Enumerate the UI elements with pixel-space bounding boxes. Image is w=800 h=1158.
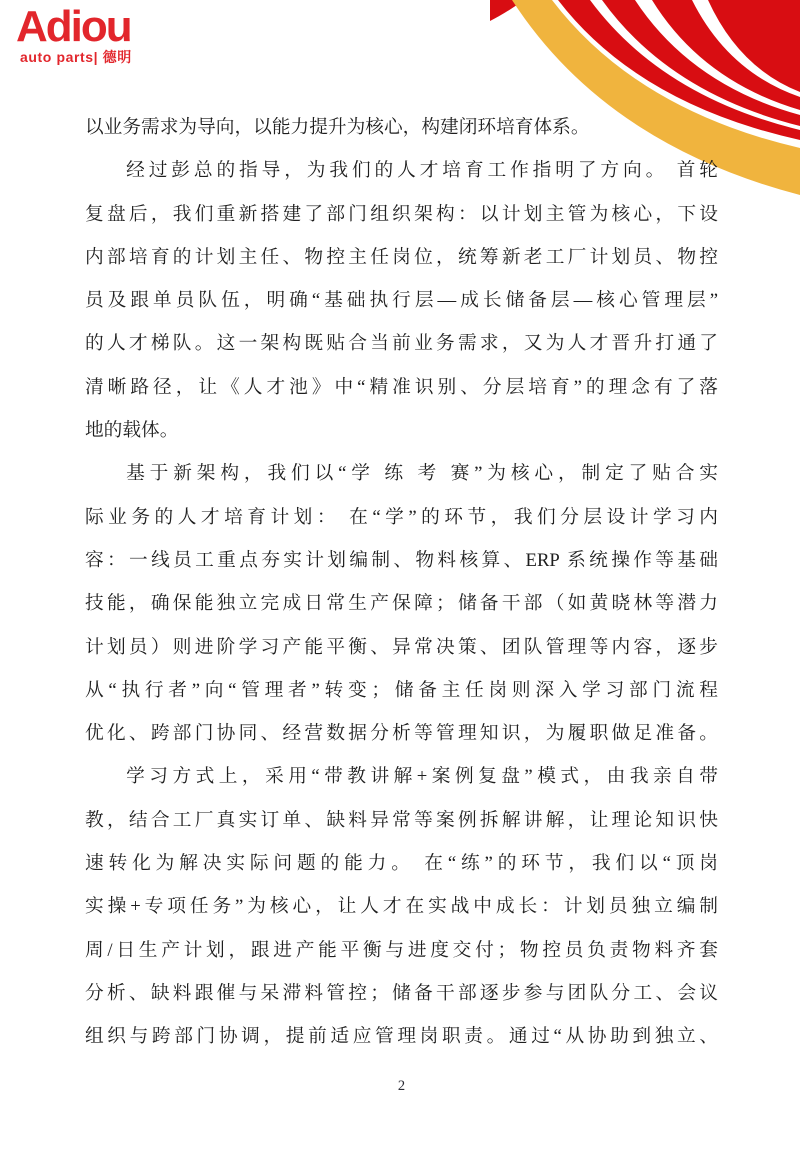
text-line: 内部培育的计划主任、物控主任岗位，统筹新老工厂计划员、物控 [85, 236, 718, 279]
company-logo: Adiou auto parts| 德明 [16, 5, 132, 65]
text-line: 经过彭总的指导，为我们的人才培育工作指明了方向。 首轮 [85, 149, 718, 192]
text-line: 计划员）则进阶学习产能平衡、异常决策、团队管理等内容，逐步 [85, 626, 718, 669]
text-line: 容：一线员工重点夯实计划编制、物料核算、ERP 系统操作等基础 [85, 539, 718, 582]
text-line: 从“执行者”向“管理者”转变；储备主任岗则深入学习部门流程 [85, 669, 718, 712]
text-line: 教，结合工厂真实订单、缺料异常等案例拆解讲解，让理论知识快 [85, 799, 718, 842]
text-line: 复盘后，我们重新搭建了部门组织架构：以计划主管为核心，下设 [85, 193, 718, 236]
text-line: 实操+专项任务”为核心，让人才在实战中成长：计划员独立编制 [85, 885, 718, 928]
text-line: 学习方式上，采用“带教讲解+案例复盘”模式，由我亲自带 [85, 755, 718, 798]
document-page: Adiou auto parts| 德明 以业务需求为导向，以能力提升为核心，构… [0, 0, 800, 1158]
text-line: 分析、缺料跟催与呆滞料管控；储备干部逐步参与团队分工、会议 [85, 972, 718, 1015]
text-line: 周/日生产计划，跟进产能平衡与进度交付；物控员负责物料齐套 [85, 929, 718, 972]
text-line: 技能，确保能独立完成日常生产保障；储备干部（如黄晓林等潜力 [85, 582, 718, 625]
text-line: 清晰路径，让《人才池》中“精准识别、分层培育”的理念有了落 [85, 366, 718, 409]
text-line: 优化、跨部门协同、经营数据分析等管理知识，为履职做足准备。 [85, 712, 718, 755]
document-body: 以业务需求为导向，以能力提升为核心，构建闭环培育体系。经过彭总的指导，为我们的人… [85, 106, 718, 1059]
text-line: 基于新架构，我们以“学 练 考 赛”为核心，制定了贴合实 [85, 452, 718, 495]
logo-brand-text: Adiou [16, 5, 132, 49]
text-line: 以业务需求为导向，以能力提升为核心，构建闭环培育体系。 [85, 106, 718, 149]
text-line: 员及跟单员队伍，明确“基础执行层—成长储备层—核心管理层” [85, 279, 718, 322]
page-number: 2 [85, 1078, 718, 1095]
logo-tagline-text: auto parts| 德明 [16, 50, 132, 65]
text-line: 速转化为解决实际问题的能力。 在“练”的环节，我们以“顶岗 [85, 842, 718, 885]
text-line: 际业务的人才培育计划： 在“学”的环节，我们分层设计学习内 [85, 496, 718, 539]
text-line: 的人才梯队。这一架构既贴合当前业务需求，又为人才晋升打通了 [85, 322, 718, 365]
text-line: 地的载体。 [85, 409, 718, 452]
text-line: 组织与跨部门协调，提前适应管理岗职责。通过“从协助到独立、 [85, 1015, 718, 1058]
